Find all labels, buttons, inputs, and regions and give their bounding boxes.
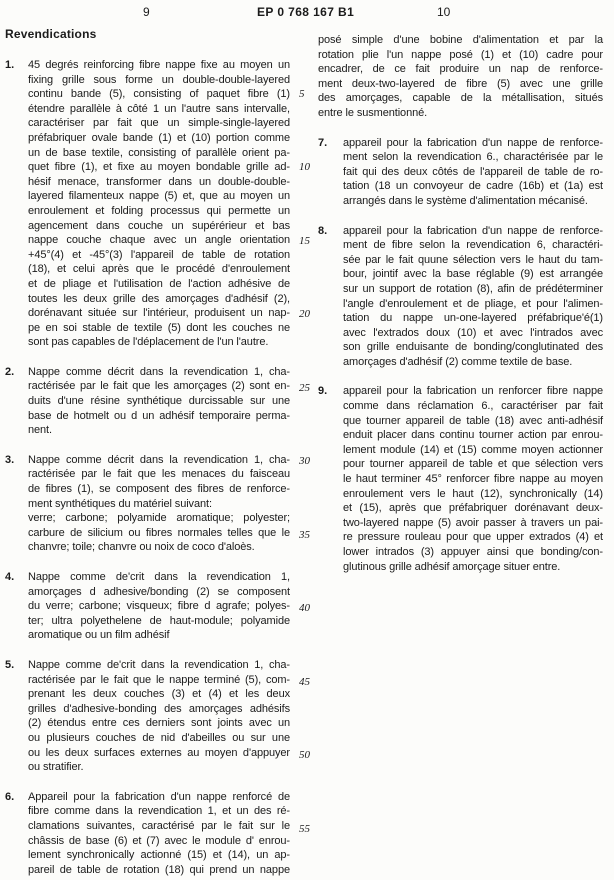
claim-line: préfabriquer ovale bande (1) et (10) por… [28,131,290,146]
claim-line: continu bande (5), consisting of paquet … [28,87,290,102]
publication-number: EP 0 768 167 B1 [257,5,354,19]
patent-claims-page: 9 EP 0 768 167 B1 10 Revendications 1.45… [0,0,614,880]
claim-line: clamations suivantes, caractérisé par le… [28,819,290,834]
claim-9: 9.appareil pour la fabrication un renfor… [318,384,603,574]
claim-line: entre le susmentionné. [318,106,603,121]
claim-line: lower intrados (3) appuyer ainsi que bon… [343,545,603,560]
claim-text: Appareil pour la fabrication d'un nappe … [28,790,290,878]
page-number-left: 9 [143,5,150,19]
claim-line: ractérisée par le fait que les menaces d… [28,467,290,482]
claim-text: Nappe comme décrit dans la revendication… [28,365,290,438]
claim-line: duits d'une résine synthétique durcissab… [28,394,290,409]
claim-1: 1.45 degrés reinforcing fibre nappe fixe… [5,58,290,350]
claim-line: Appareil pour la fabrication d'un nappe … [28,790,290,805]
claim-line: lement synchronically actionné (15) et (… [28,848,290,863]
claim-line: et (15), après que préfabriquer dorénava… [343,501,603,516]
claim-line: quet fibre (1), et fixe au moyen bondabl… [28,160,290,175]
claim-line: fibre comme dans la revendication 1, et … [28,804,290,819]
claim-continuation: posé simple d'une bobine d'alimentation … [318,33,603,121]
claim-line: enroulement vers le haut (12), synchroni… [343,487,603,502]
claim-line: comme dans réclamation 6., caractériser … [343,399,603,414]
claim-line: 45 degrés reinforcing fibre nappe fixe a… [28,58,290,73]
line-number: 30 [299,455,310,467]
claim-line: pe en soi stable de textile (5) dont les… [28,321,290,336]
line-number: 25 [299,382,310,394]
claim-line: de fibres (1), se composent des fibres d… [28,482,290,497]
claim-number: 7. [318,136,343,209]
claim-line: ou stratifier. [28,760,290,775]
claim-line: appareil pour la fabrication d'un nappe … [343,136,603,151]
claim-line: aromatique ou un film adhésif [28,628,290,643]
claim-line: caractériser par fait que un simple-sing… [28,116,290,131]
claim-line: appareil pour la fabrication d'un nappe … [343,224,603,239]
claim-number: 3. [5,453,28,555]
claim-line: grilles d'adhesive-bonding des amorçages… [28,702,290,717]
claim-number: 6. [5,790,28,878]
claim-line: ment de fibre selon la revendication 6, … [343,238,603,253]
claim-line: tation (18 un convoyeur de cadre (16b) e… [343,179,603,194]
left-column: 1.45 degrés reinforcing fibre nappe fixe… [5,58,290,877]
claim-line: avec l'extrados doux (10) et avec l'intr… [343,326,603,341]
claim-3: 3.Nappe comme décrit dans la revendicati… [5,453,290,555]
claim-line: prenant les deux couches (3) et (4) et l… [28,687,290,702]
claim-text: Nappe comme de'crit dans la revendicatio… [28,658,290,775]
claim-text: Nappe comme décrit dans la revendication… [28,453,290,555]
claim-line: carbure de silicium ou fibres normales t… [28,526,290,541]
claim-line: ou plusieurs couches de nid d'abeilles o… [28,731,290,746]
claim-line: glutinous grille adhésif amorçage situer… [343,560,603,575]
claim-line: nappe couche chaque avec un angle orient… [28,233,290,248]
claim-line: nent. [28,423,290,438]
claim-line: ment deux-two-layered de fibre (5) avec … [318,77,603,92]
claim-number: 4. [5,570,28,643]
claim-line: ment selon la revendication 6., characté… [343,150,603,165]
claim-4: 4.Nappe comme de'crit dans la revendicat… [5,570,290,643]
page-number-right: 10 [437,5,450,19]
claim-line: des amorçages, capable de la métallisati… [318,91,603,106]
claim-line: enduit placer dans continu tourner actio… [343,428,603,443]
claim-text: appareil pour la fabrication un renforce… [343,384,603,574]
claim-line: (2) étendus entre ces derniers sont join… [28,716,290,731]
claim-line: sont pas capables de l'déplacement de l'… [28,335,290,350]
claim-line: appareil pour la fabrication un renforce… [343,384,603,399]
claim-line: (18), et celui après que le procédé d'en… [28,262,290,277]
claim-5: 5.Nappe comme de'crit dans la revendicat… [5,658,290,775]
claim-number: 9. [318,384,343,574]
claim-line: verre; carbone; polyamide aromatique; po… [28,511,290,526]
claim-line: son grille enduisante de bonding/conglut… [343,340,603,355]
claim-line: arrangés dans le système d'alimentation … [343,194,603,209]
claim-line: Nappe comme de'crit dans la revendicatio… [28,658,290,673]
section-title: Revendications [5,27,97,41]
claim-6: 6.Appareil pour la fabrication d'un napp… [5,790,290,878]
line-number: 45 [299,676,310,688]
line-number: 20 [299,308,310,320]
right-column: posé simple d'une bobine d'alimentation … [318,33,603,574]
claim-line: pour tourner appareil de table et que sé… [343,457,603,472]
claim-text: 45 degrés reinforcing fibre nappe fixe a… [28,58,290,350]
claim-line: que tourner appareil de table (18) avec … [343,414,603,429]
claim-line: dorénavant située sur l'intérieur, produ… [28,306,290,321]
claim-line: et de pliage et l'utilisation de l'actio… [28,277,290,292]
claim-line: enroulement et folding processus qui per… [28,204,290,219]
claim-line: Nappe comme décrit dans la revendication… [28,453,290,468]
claim-line: encadrer, de ce fait produire un nap de … [318,62,603,77]
claim-line: ou les deux surfaces externes au moyen d… [28,746,290,761]
claim-number: 1. [5,58,28,350]
claim-line: le haut terminer 45° renforcer fibre nap… [343,472,603,487]
line-number: 50 [299,749,310,761]
claim-line: base de hotmelt ou d un adhésif temporai… [28,409,290,424]
claim-line: bour, jointif avec la base réglable (9) … [343,267,603,282]
claim-line: fixing grille sous forme un double-doubl… [28,73,290,88]
claim-line: fait qui des deux côtés de l'appareil de… [343,165,603,180]
claim-text: Nappe comme de'crit dans la revendicatio… [28,570,290,643]
claim-line: ment synthétiques du matériel suivant: [28,497,290,512]
claim-line: sur un support de rotation (8), afin de … [343,282,603,297]
claim-number: 2. [5,365,28,438]
claim-line: amorçages d adhesive/bonding (2) se comp… [28,585,290,600]
claim-line: layered filamenteux nappe (5) et, que au… [28,189,290,204]
claim-line: toutes les deux grille des amorçages d'a… [28,292,290,307]
claim-line: l'angle d'enroulement et de pliage, et p… [343,297,603,312]
claim-line: châssis de base (6) et (7) avec le modul… [28,834,290,849]
line-number: 5 [299,88,305,100]
claim-text: posé simple d'une bobine d'alimentation … [318,33,603,121]
claim-line: ractérisée par le fait que les amorçages… [28,379,290,394]
claim-line: étendre parallèle à côté 1 un l'autre sa… [28,102,290,117]
claim-line: re pressure rouleau pour que upper extra… [343,530,603,545]
claim-number: 5. [5,658,28,775]
claim-8: 8.appareil pour la fabrication d'un napp… [318,224,603,370]
claim-text: appareil pour la fabrication d'un nappe … [343,136,603,209]
claim-line: du verre; carbone; visqueux; fibre d agr… [28,599,290,614]
claim-line: hésif menace, transformer dans un double… [28,175,290,190]
claim-line: +45°(4) et -45°(3) l'appareil de table d… [28,248,290,263]
claim-line: two-layered nappe (5) avoir passer à tra… [343,516,603,531]
claim-line: chanvre; toile; chanvre ou noix de coco … [28,540,290,555]
claim-line: pareil de table de rotation (18) qui pre… [28,863,290,878]
claim-line: amorçages d'adhésif (2) comme textile de… [343,355,603,370]
line-number: 10 [299,161,310,173]
line-number: 55 [299,823,310,835]
claim-line: Nappe comme de'crit dans la revendicatio… [28,570,290,585]
claim-line: sée par le fait quune sélection vers le … [343,253,603,268]
claim-line: un de base textile, consisting of parall… [28,146,290,161]
claim-line: tation du nappe un-one-layered préfabriq… [343,311,603,326]
claim-number: 8. [318,224,343,370]
line-number: 35 [299,529,310,541]
claim-line: agencement dans couche un supérérieur et… [28,219,290,234]
claim-line: ractérisée par le fait que le nappe term… [28,673,290,688]
claim-line: ter; ultra polyethelene de haut-module; … [28,614,290,629]
claim-line: lement module (14) et (15) comme moyen a… [343,443,603,458]
claim-text: appareil pour la fabrication d'un nappe … [343,224,603,370]
claim-line: Nappe comme décrit dans la revendication… [28,365,290,380]
line-number: 15 [299,235,310,247]
claim-7: 7.appareil pour la fabrication d'un napp… [318,136,603,209]
claim-2: 2.Nappe comme décrit dans la revendicati… [5,365,290,438]
claim-line: rotation plie l'un nappe posé (1) et (10… [318,48,603,63]
claim-line: posé simple d'une bobine d'alimentation … [318,33,603,48]
line-number: 40 [299,602,310,614]
